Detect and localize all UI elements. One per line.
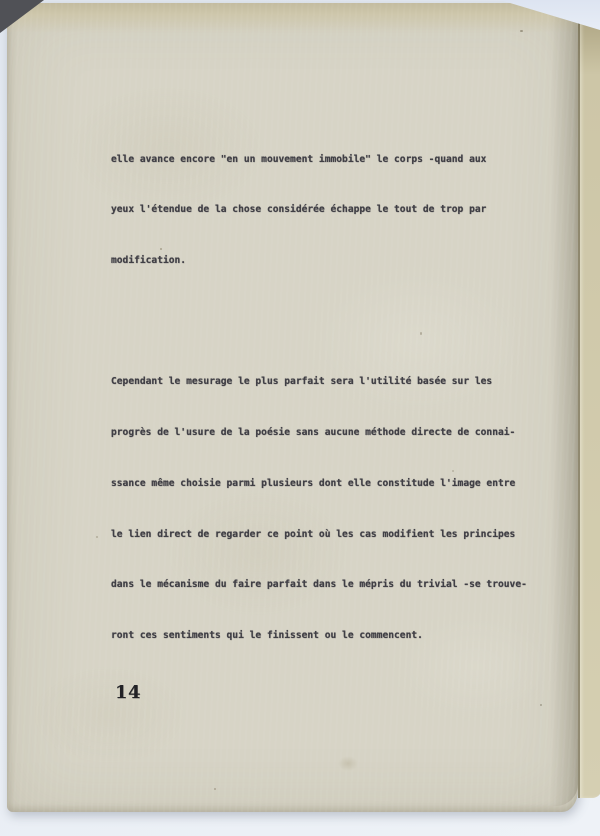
paragraph: elle avance encore "en un mouvement immo…: [111, 118, 527, 304]
text-line: dans le mécanisme du faire parfait dans …: [111, 577, 527, 594]
paper-stain: [338, 756, 358, 771]
paper-speck: [214, 788, 216, 790]
facing-page-edge: [578, 20, 600, 798]
text-line: ssance même choisie parmi plusieurs dont…: [111, 476, 527, 493]
typewritten-text-block: elle avance encore "en un mouvement immo…: [111, 84, 527, 713]
paper-speck: [540, 704, 542, 706]
paragraph: Cependant le mesurage le plus parfait se…: [111, 341, 527, 679]
text-line: ront ces sentiments qui le finissent ou …: [111, 628, 527, 645]
paper-speck: [96, 536, 98, 538]
text-line: Cependant le mesurage le plus parfait se…: [111, 374, 527, 391]
page-top-edge: [7, 3, 578, 33]
binding-crease-shadow: [550, 8, 578, 806]
text-line: yeux l'étendue de la chose considérée éc…: [111, 202, 527, 219]
photo-of-book-page: elle avance encore "en un mouvement immo…: [0, 0, 600, 836]
page-number: 14: [115, 682, 141, 703]
text-line: elle avance encore "en un mouvement immo…: [111, 152, 527, 169]
text-line: le lien direct de regarder ce point où l…: [111, 527, 527, 544]
text-line: progrès de l'usure de la poésie sans auc…: [111, 425, 527, 442]
paper-speck: [520, 30, 523, 32]
text-line: modification.: [111, 253, 527, 270]
